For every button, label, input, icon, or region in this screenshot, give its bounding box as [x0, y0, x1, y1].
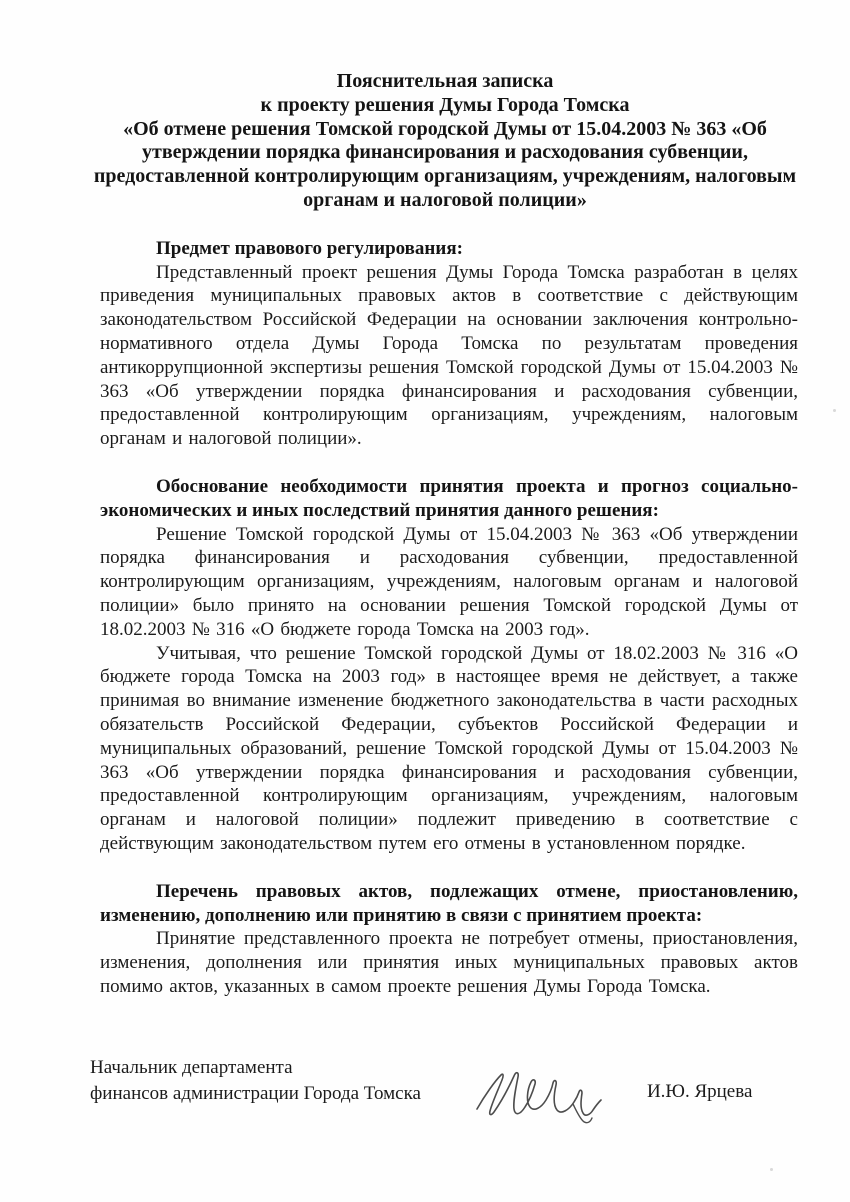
scan-speck	[770, 1168, 773, 1171]
body-paragraph: Решение Томской городской Думы от 15.04.…	[100, 523, 798, 642]
scan-speck	[176, 317, 180, 320]
document-title: Пояснительная записка к проекту решения …	[92, 70, 798, 213]
title-line: Пояснительная записка	[92, 70, 798, 94]
scan-speck	[833, 409, 836, 412]
signature-block: Начальник департамента финансов админист…	[90, 1055, 798, 1132]
signer-name: И.Ю. Ярцева	[647, 1081, 752, 1103]
title-line: к проекту решения Думы Города Томска	[92, 94, 798, 118]
title-line: утверждении порядка финансирования и рас…	[92, 141, 798, 165]
title-line: органам и налоговой полиции»	[92, 189, 798, 213]
section-heading: Перечень правовых актов, подлежащих отме…	[100, 880, 798, 928]
title-line: предоставленной контролирующим организац…	[92, 165, 798, 189]
signer-position-line: финансов администрации Города Томска	[90, 1081, 421, 1107]
body-paragraph: Представленный проект решения Думы Город…	[100, 261, 798, 451]
section-heading: Предмет правового регулирования:	[100, 237, 798, 261]
section-heading: Обоснование необходимости принятия проек…	[100, 475, 798, 523]
scanned-document-page: Пояснительная записка к проекту решения …	[0, 0, 850, 1202]
signer-position: Начальник департамента финансов админист…	[90, 1055, 421, 1107]
section-acts-list: Перечень правовых актов, подлежащих отме…	[100, 880, 798, 999]
body-paragraph: Принятие представленного проекта не потр…	[100, 927, 798, 998]
title-line: «Об отмене решения Томской городской Дум…	[92, 118, 798, 142]
signer-position-line: Начальник департамента	[90, 1055, 421, 1081]
section-justification: Обоснование необходимости принятия проек…	[100, 475, 798, 856]
section-subject: Предмет правового регулирования: Предста…	[100, 237, 798, 451]
body-paragraph: Учитывая, что решение Томской городской …	[100, 642, 798, 856]
handwritten-signature-icon	[473, 1063, 605, 1132]
